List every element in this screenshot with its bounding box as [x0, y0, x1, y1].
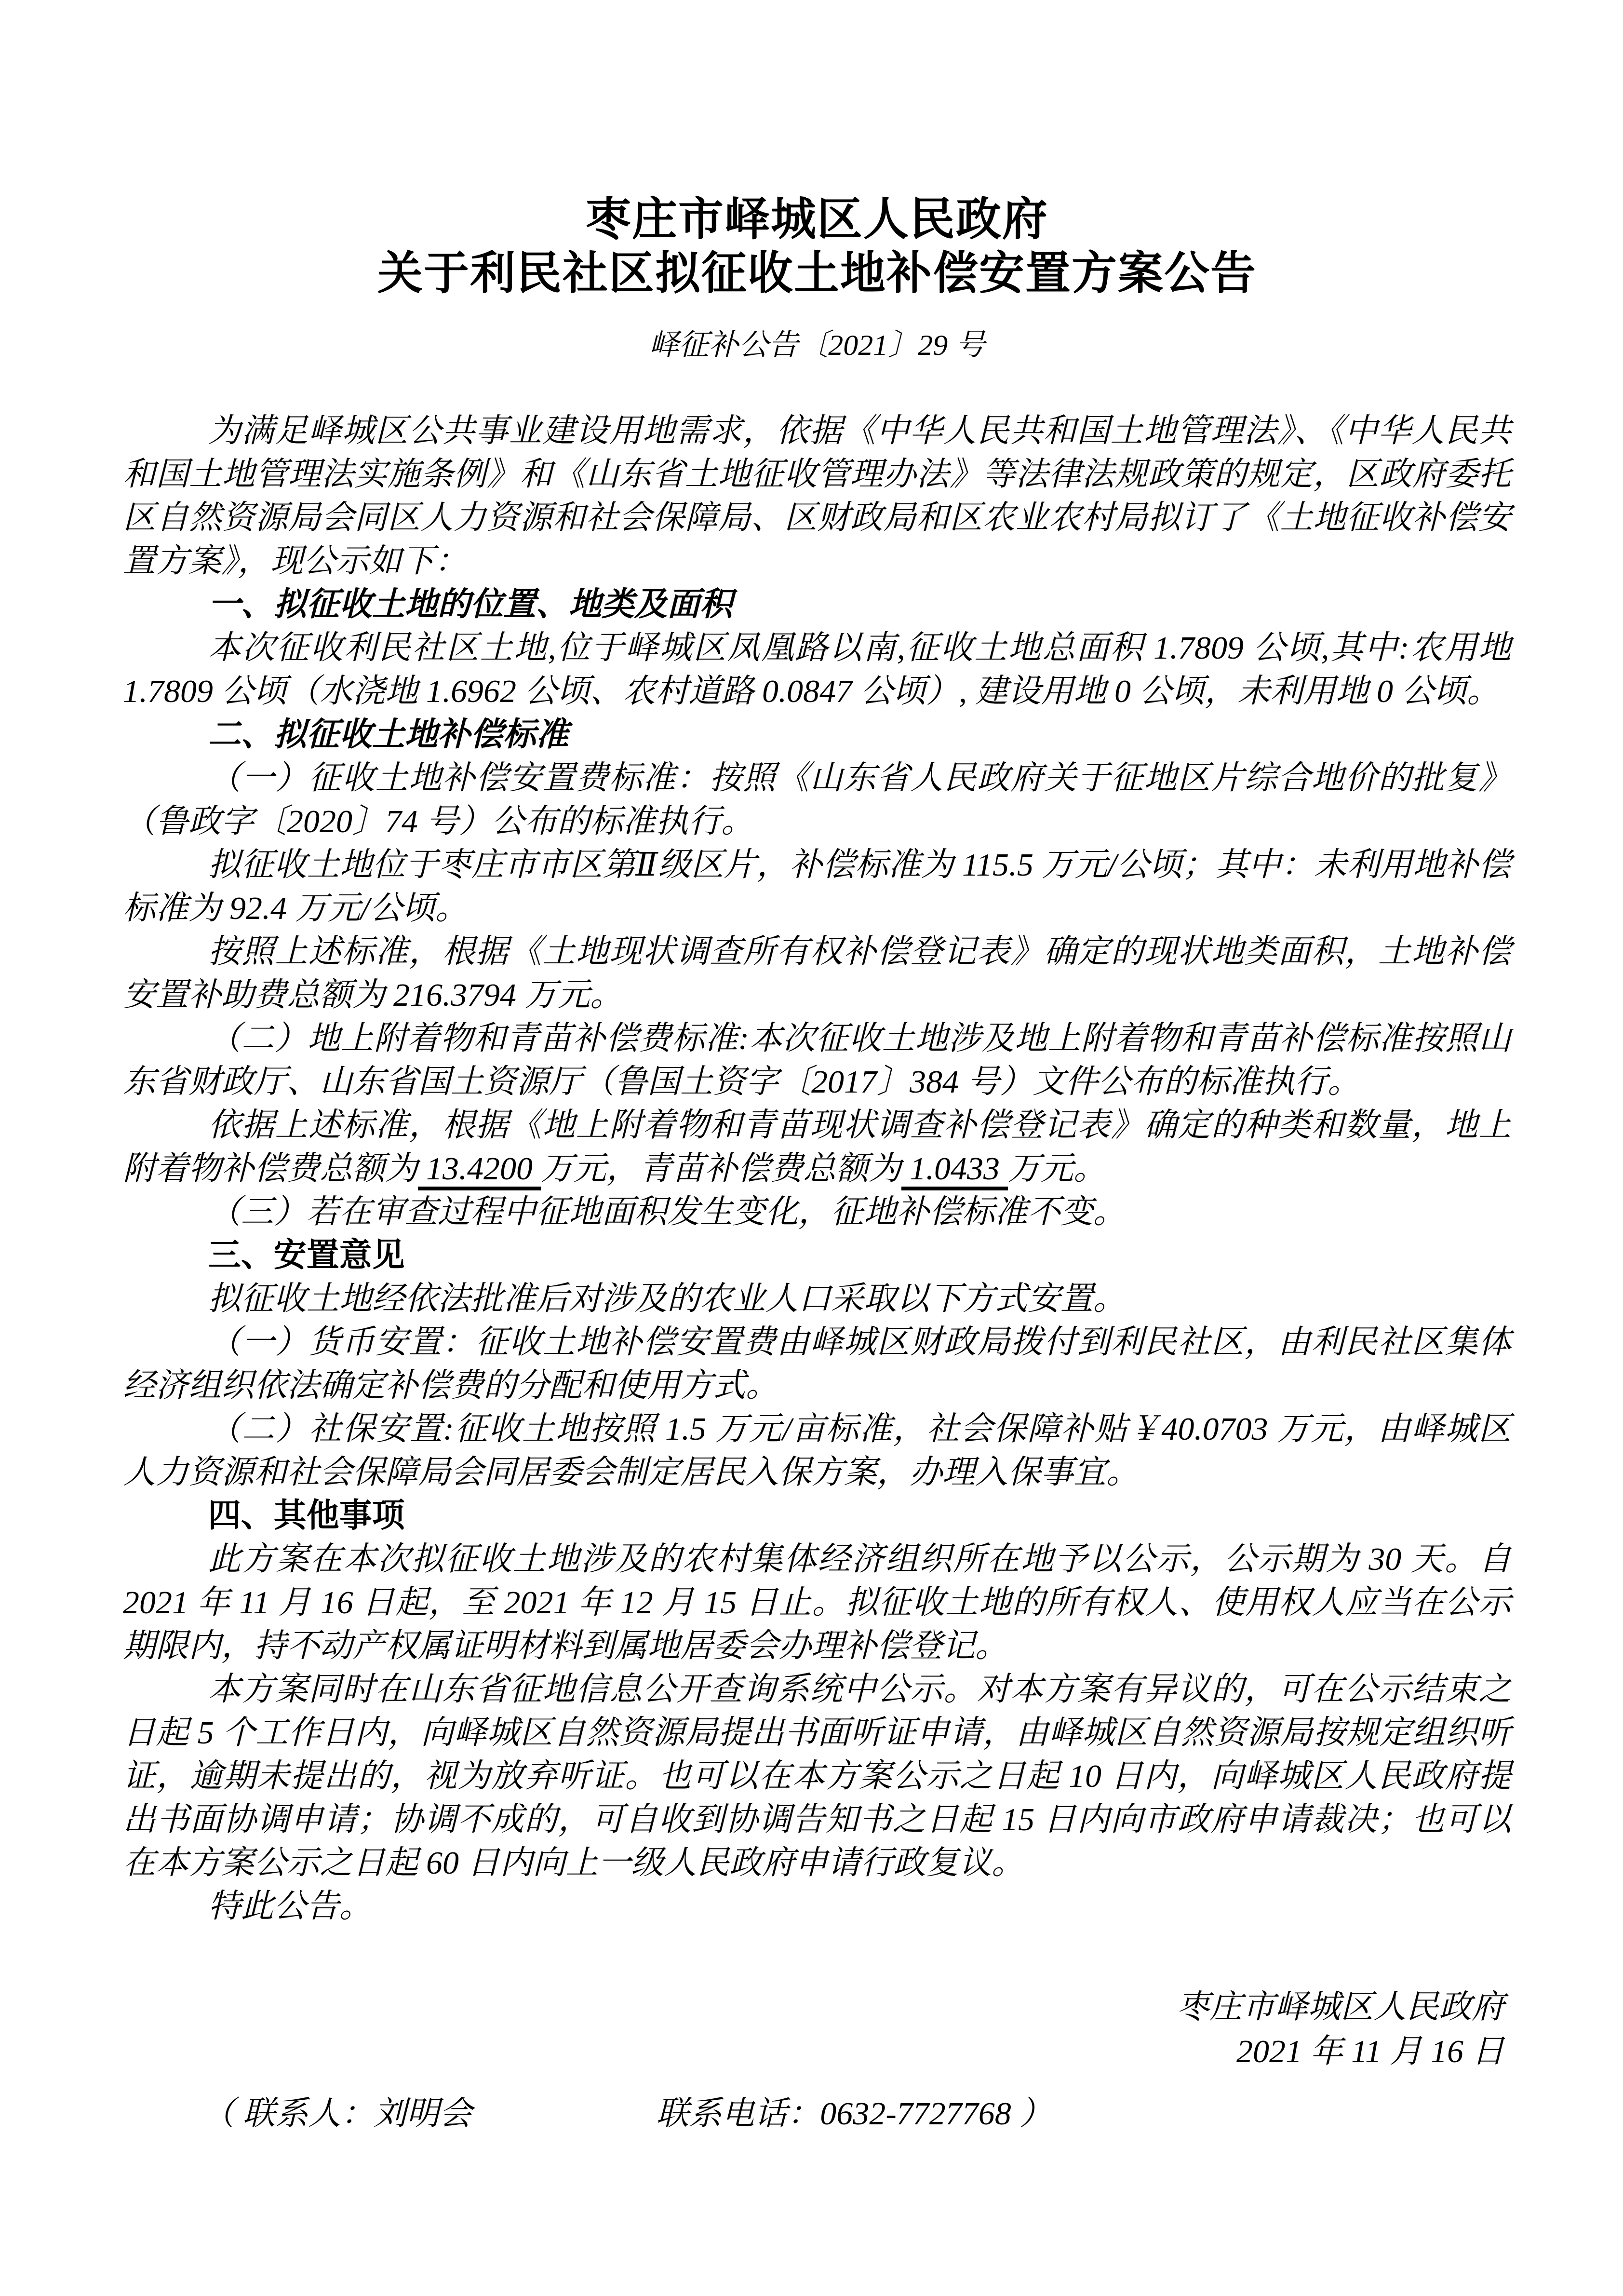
- attachments-amounts-post: 万元。: [1008, 1150, 1106, 1187]
- announcement-page: 枣庄市峄城区人民政府 关于利民社区拟征收土地补偿安置方案公告 峄征补公告〔202…: [0, 0, 1623, 2296]
- para-resettlement-intro: 拟征收土地经依法批准后对涉及的农业人口采取以下方式安置。: [123, 1277, 1511, 1320]
- contact-line: （ 联系人：刘明会联系电话：0632-7727768 ）: [123, 2092, 1511, 2135]
- para-monetary-resettlement: （一）货币安置：征收土地补偿安置费由峄城区财政局拨付到利民社区，由利民社区集体经…: [123, 1320, 1511, 1407]
- heading-section-3: 三、安置意见: [123, 1233, 1511, 1277]
- para-compensation-total: 按照上述标准，根据《土地现状调查所有权补偿登记表》确定的现状地类面积，土地补偿安…: [123, 930, 1511, 1016]
- issuing-authority: 枣庄市峄城区人民政府: [123, 1985, 1504, 2029]
- doc-number: 峄征补公告〔2021〕29 号: [123, 326, 1511, 365]
- issue-date: 2021 年 11 月 16 日: [123, 2029, 1504, 2073]
- attachments-amounts-mid: 万元，青苗补偿费总额为: [541, 1150, 901, 1187]
- page-content: 枣庄市峄城区人民政府 关于利民社区拟征收土地补偿安置方案公告 峄征补公告〔202…: [0, 0, 1623, 2135]
- para-compensation-standard-2: 拟征收土地位于枣庄市市区第Ⅱ级区片，补偿标准为 115.5 万元/公顷；其中：未…: [123, 843, 1511, 930]
- para-area-change-note: （三）若在审查过程中征地面积发生变化，征地补偿标准不变。: [123, 1190, 1511, 1233]
- para-compensation-standard-1: （一）征收土地补偿安置费标准：按照《山东省人民政府关于征地区片综合地价的批复》（…: [123, 756, 1511, 843]
- para-land-location-area: 本次征收利民社区土地,位于峄城区凤凰路以南,征收土地总面积 1.7809 公顷,…: [123, 626, 1511, 713]
- contact-person: （ 联系人：刘明会: [201, 2095, 472, 2132]
- para-attachments-standard: （二）地上附着物和青苗补偿费标准:本次征收土地涉及地上附着物和青苗补偿标准按照山…: [123, 1016, 1511, 1103]
- signature-block: 枣庄市峄城区人民政府 2021 年 11 月 16 日: [123, 1985, 1511, 2073]
- para-intro: 为满足峄城区公共事业建设用地需求，依据《中华人民共和国土地管理法》、《中华人民共…: [123, 409, 1511, 582]
- doc-title-line1: 枣庄市峄城区人民政府: [123, 193, 1511, 247]
- heading-section-2: 二、拟征收土地补偿标准: [123, 713, 1511, 756]
- heading-section-4: 四、其他事项: [123, 1494, 1511, 1537]
- contact-phone: 联系电话：0632-7727768 ）: [656, 2095, 1052, 2132]
- doc-body: 为满足峄城区公共事业建设用地需求，依据《中华人民共和国土地管理法》、《中华人民共…: [123, 409, 1511, 1928]
- para-social-security-resettlement: （二）社保安置:征收土地按照 1.5 万元/亩标准，社会保障补贴￥40.0703…: [123, 1407, 1511, 1494]
- seedlings-fee-amount: 1.0433: [901, 1150, 1008, 1190]
- para-public-notice-period: 此方案在本次拟征收土地涉及的农村集体经济组织所在地予以公示，公示期为 30 天。…: [123, 1537, 1511, 1667]
- para-objection-procedure: 本方案同时在山东省征地信息公开查询系统中公示。对本方案有异议的，可在公示结束之日…: [123, 1667, 1511, 1884]
- para-attachments-amounts: 依据上述标准，根据《地上附着物和青苗现状调查补偿登记表》确定的种类和数量，地上附…: [123, 1103, 1511, 1190]
- doc-title-line2: 关于利民社区拟征收土地补偿安置方案公告: [123, 247, 1511, 301]
- heading-section-1: 一、拟征收土地的位置、地类及面积: [123, 582, 1511, 626]
- attachments-fee-amount: 13.4200: [418, 1150, 541, 1190]
- para-closing: 特此公告。: [123, 1884, 1511, 1928]
